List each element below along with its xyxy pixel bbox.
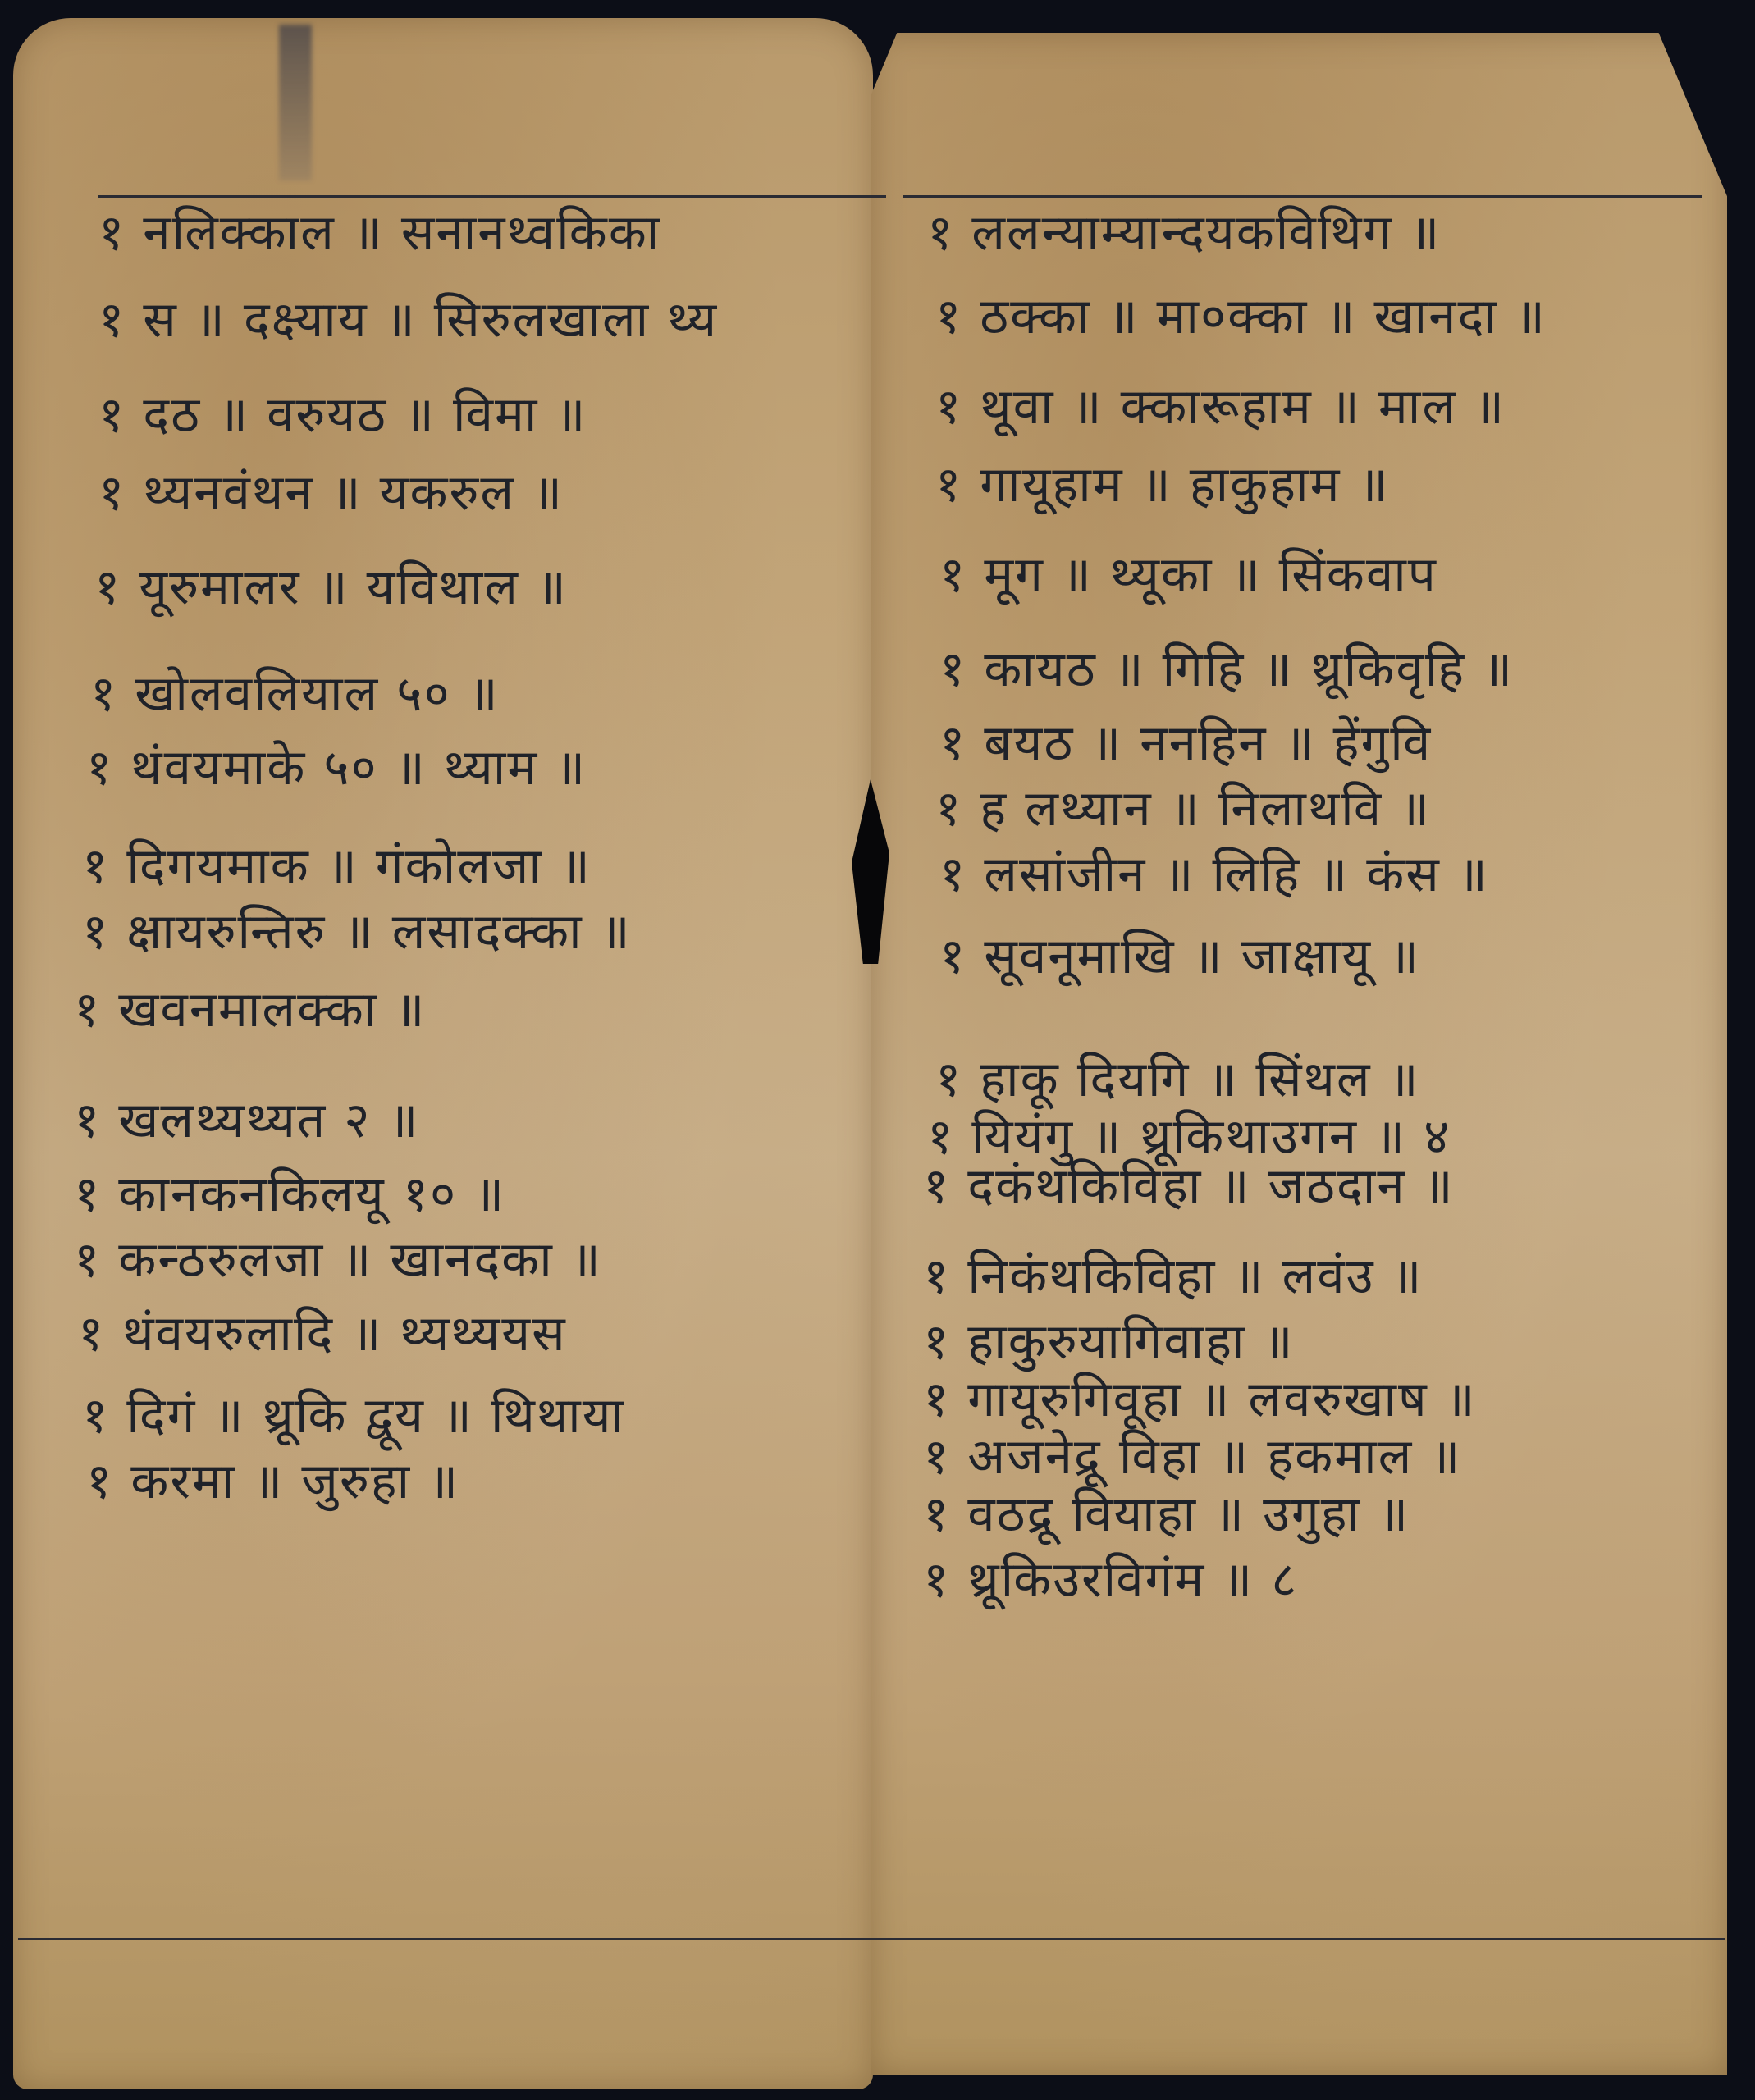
left-line: १ थ्यनवंथन ॥ यकरुल ॥	[98, 463, 564, 523]
left-line: १ यूरुमालर ॥ यविथाल ॥	[94, 558, 568, 617]
left-line: १ दिगं ॥ थ्रूकि द्वूय ॥ थिथाया	[82, 1386, 625, 1445]
left-line: १ दिगयमाक ॥ गंकोलजा ॥	[82, 837, 592, 896]
right-line: १ वठद्रू वियाहा ॥ उगुहा ॥	[923, 1485, 1410, 1544]
ink-stain	[279, 25, 312, 180]
left-line: १ करमा ॥ जुरुहा ॥	[86, 1452, 459, 1511]
left-line: १ क्षायरुन्तिरु ॥ लसादक्का ॥	[82, 902, 632, 961]
left-line: १ खोलवलियाल ५० ॥	[90, 664, 500, 724]
left-line: १ कानकनकिलयू १० ॥	[74, 1165, 505, 1224]
left-line: १ स ॥ दक्ष्याय ॥ सिरुलखाला थ्य	[98, 290, 718, 349]
right-top-rule	[903, 195, 1702, 198]
right-line: १ लसांजीन ॥ लिहि ॥ कंस ॥	[939, 845, 1489, 904]
right-line: १ थ्रूकिउरविगंम ॥ ८	[923, 1550, 1299, 1609]
left-line: १ खवनमालक्का ॥	[74, 980, 426, 1039]
right-line: १ गायूरुगिवूहा ॥ लवरुखाष ॥	[923, 1370, 1477, 1429]
right-line: १ गायूहाम ॥ हाकुहाम ॥	[935, 455, 1390, 514]
right-line: १ हाकू दियगि ॥ सिंथल ॥	[935, 1050, 1420, 1109]
left-top-rule	[98, 195, 886, 198]
right-line: १ ह लथ्यान ॥ निलाथवि ॥	[935, 779, 1431, 838]
left-line: १ कन्ठरुलजा ॥ खानदका ॥	[74, 1230, 602, 1290]
right-line: १ अजनेद्रू विहा ॥ हकमाल ॥	[923, 1427, 1461, 1486]
left-line: १ थंवयमाके ५० ॥ थ्याम ॥	[86, 738, 587, 797]
right-line: १ हाकुरुयागिवाहा ॥	[923, 1312, 1295, 1372]
right-line: १ बयठ ॥ ननहिन ॥ हेंगुवि	[939, 714, 1432, 773]
left-line: १ नलिक्काल ॥ सनानथ्वकिका	[98, 203, 660, 262]
right-line: १ सूवनूमाखि ॥ जाक्षायू ॥	[939, 927, 1420, 986]
right-line: १ मूग ॥ थ्यूका ॥ सिंकवाप	[939, 546, 1437, 605]
right-line: १ कायठ ॥ गिहि ॥ थ्रूकिवृहि ॥	[939, 640, 1514, 699]
right-line: १ थूवा ॥ क्कारूहाम ॥ माल ॥	[935, 377, 1506, 436]
right-line: १ निकंथकिविहा ॥ लवंउ ॥	[923, 1247, 1423, 1306]
right-line: १ दकंथकिविहा ॥ जठदान ॥	[923, 1157, 1455, 1216]
right-line: १ ललन्याम्यान्दयकविथिग ॥	[927, 203, 1441, 262]
bottom-rule	[18, 1938, 1725, 1940]
left-line: १ खलथ्यथ्यत २ ॥	[74, 1091, 419, 1150]
left-line: १ दठ ॥ वरुयठ ॥ विमा ॥	[98, 386, 587, 445]
right-line: १ ठक्का ॥ मा०क्का ॥ खानदा ॥	[935, 287, 1547, 346]
left-line: १ थंवयरुलादि ॥ थ्यथ्ययस	[78, 1304, 567, 1363]
